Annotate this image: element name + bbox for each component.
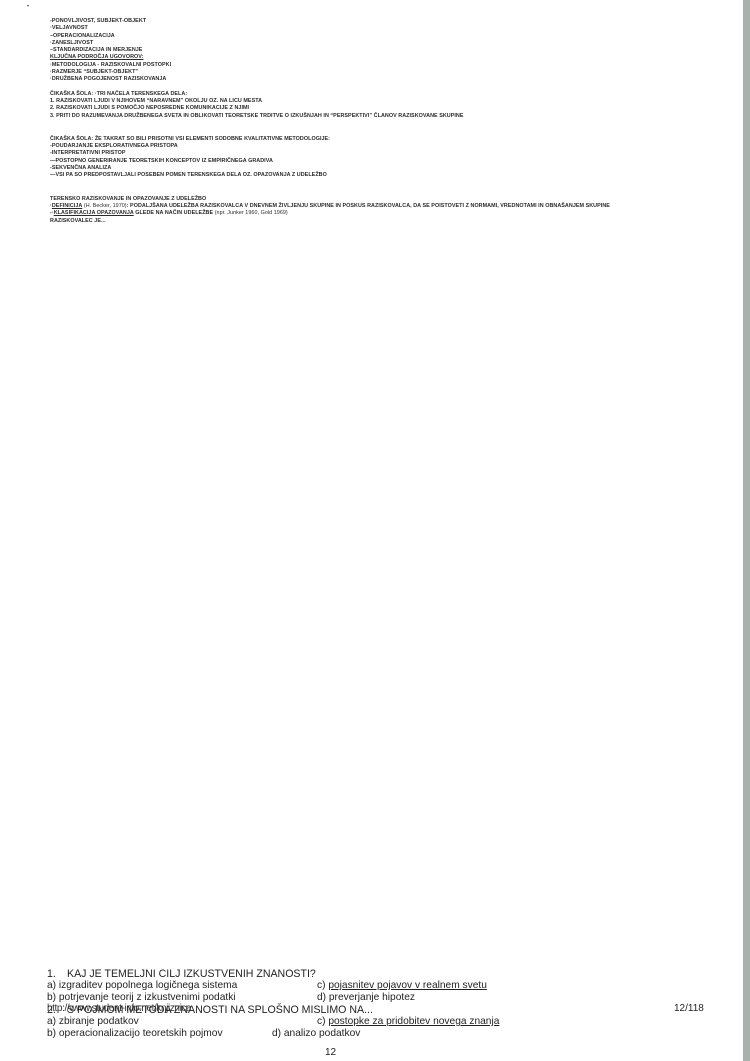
note-line: –OPERACIONALIZACIJA xyxy=(50,33,710,40)
note-line: ·ZANESLJIVOST xyxy=(50,40,710,47)
note-line: 2. RAZISKOVATI LJUDI S POMOČJO NEPOSREDN… xyxy=(50,105,710,112)
option-a: a) izgraditev popolnega logičnega sistem… xyxy=(47,980,237,992)
option-b: b) operacionalizacijo teoretskih pojmov xyxy=(47,1028,223,1040)
question-2-options-ac: a) zbiranje podatkov c) postopke za prid… xyxy=(47,1016,697,1028)
note-line: —VSI PA SO PREDPOSTAVLJALI POSEBEN POMEN… xyxy=(50,172,710,179)
note-line: ·DRUŽBENA POGOJENOST RAZISKOVANJA xyxy=(50,76,710,83)
option-d: d) analizo podatkov xyxy=(272,1028,360,1040)
page-counter: 12/118 xyxy=(674,1003,704,1014)
question-2-options-bd: b) operacionalizacijo teoretskih pojmov … xyxy=(47,1028,697,1040)
section-heading: ČIKAŠKA ŠOLA: ŽE TAKRAT SO BILI PRISOTNI… xyxy=(50,136,710,143)
notes-block-chicago-elements: ČIKAŠKA ŠOLA: ŽE TAKRAT SO BILI PRISOTNI… xyxy=(50,136,710,180)
quiz-section: 1.KAJ JE TEMELJNI CILJ IZKUSTVENIH ZNANO… xyxy=(47,968,697,1040)
option-d: d) preverjanje hipotez xyxy=(317,992,415,1004)
watermark-url[interactable]: http://www.student-info.net/knjiznica xyxy=(47,1003,191,1015)
option-c-answer: postopke za pridobitev novega znanja xyxy=(328,1016,499,1027)
classification-line: -·KLASIFIKACIJA OPAZOVANJA GLEDE NA NAČI… xyxy=(50,210,710,217)
notes-block-chicago-principles: ČIKAŠKA ŠOLA: ·TRI NAČELA TERENSKEGA DEL… xyxy=(50,91,710,120)
note-line: RAZISKOVALEC JE... xyxy=(50,218,710,225)
note-line: —POSTOPNO GENERIRANJE TEORETSKIH KONCEPT… xyxy=(50,158,710,165)
note-line: -PONOVLJIVOST, SUBJEKT-OBJEKT xyxy=(50,18,710,25)
option-a: a) zbiranje podatkov xyxy=(47,1016,139,1028)
key-areas-heading: KLJUČNA PODROČJA UGOVOROV: xyxy=(50,54,710,61)
note-line: 3. PRITI DO RAZUMEVANJA DRUŽBENEGA SVETA… xyxy=(50,113,710,120)
question-1-options-ac: a) izgraditev popolnega logičnega sistem… xyxy=(47,980,697,992)
question-2-title: 2.S POJMOM METODA ZNANOSTI NA SPLOŠNO MI… xyxy=(47,1004,697,1016)
definition-source: (H. Becker, 1970) xyxy=(82,203,126,209)
note-line: ·VELJAVNOST xyxy=(50,25,710,32)
section-heading: TERENSKO RAZISKOVANJE IN OPAZOVANJE Z UD… xyxy=(50,196,710,203)
note-line: –STANDARDIZACIJA IN MERJENJE xyxy=(50,47,710,54)
note-line: ·METODOLOGIJA - RAZISKOVALNI POSTOPKI xyxy=(50,62,710,69)
question-1-title: 1.KAJ JE TEMELJNI CILJ IZKUSTVENIH ZNANO… xyxy=(47,968,697,980)
note-line: -INTERPRETATIVNI PRISTOP xyxy=(50,150,710,157)
lecture-notes: -PONOVLJIVOST, SUBJEKT-OBJEKT ·VELJAVNOS… xyxy=(50,18,710,225)
scan-edge-strip xyxy=(743,0,750,1061)
option-c: c) pojasnitev pojavov v realnem svetu xyxy=(317,980,487,992)
scan-speck: • xyxy=(27,4,29,10)
option-c: c) postopke za pridobitev novega znanja xyxy=(317,1016,499,1028)
option-label: c) xyxy=(317,1016,328,1027)
note-line: -POUDARJANJE EKSPLORATIVNEGA PRISTOPA xyxy=(50,143,710,150)
notes-block-1: -PONOVLJIVOST, SUBJEKT-OBJEKT ·VELJAVNOS… xyxy=(50,18,710,84)
option-c-answer: pojasnitev pojavov v realnem svetu xyxy=(328,980,487,991)
classification-term: KLASIFIKACIJA OPAZOVANJA xyxy=(54,210,134,216)
page-folio: 12 xyxy=(325,1047,336,1058)
section-heading: ČIKAŠKA ŠOLA: ·TRI NAČELA TERENSKEGA DEL… xyxy=(50,91,710,98)
question-text: KAJ JE TEMELJNI CILJ IZKUSTVENIH ZNANOST… xyxy=(67,968,316,980)
definition-term: DEFINICIJA xyxy=(52,203,82,209)
classification-text: GLEDE NA NAČIN UDELEŽBE xyxy=(134,210,213,216)
notes-block-field-research: TERENSKO RAZISKOVANJE IN OPAZOVANJE Z UD… xyxy=(50,196,710,225)
option-label: c) xyxy=(317,980,328,991)
classification-source: (npr. Junker 1960, Gold 1969) xyxy=(213,210,288,216)
definition-text: : PODALJŠANA UDELEŽBA RAZISKOVALCA V DNE… xyxy=(127,203,610,209)
question-number: 1. xyxy=(47,968,67,980)
